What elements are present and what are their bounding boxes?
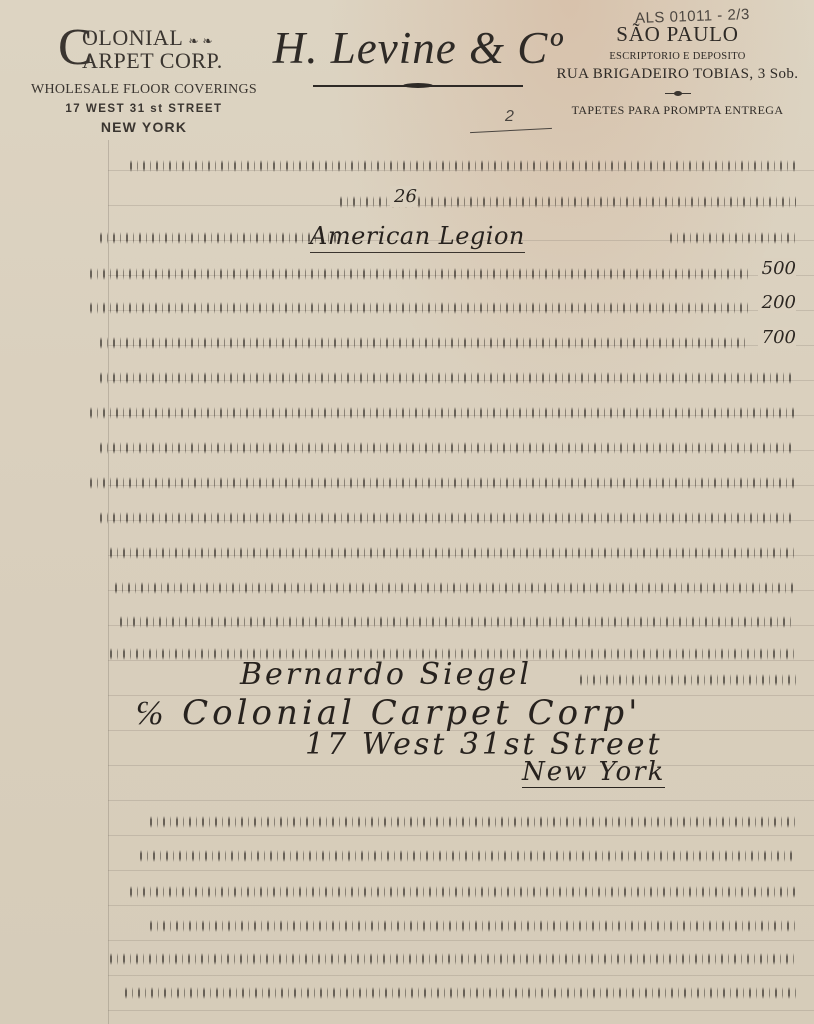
letterhead-right: ALS 01011 - 2/3 SÃO PAULO ESCRIPTORIO E … (545, 22, 810, 118)
handwritten-line (120, 606, 796, 634)
handwritten-line (150, 806, 796, 834)
ruled-line (108, 870, 814, 871)
branch-city: SÃO PAULO (545, 22, 810, 47)
handwritten-line (130, 150, 796, 178)
ruled-line (108, 940, 814, 941)
ruled-line (108, 1010, 814, 1011)
handwritten-line (100, 362, 796, 390)
ruled-line (108, 800, 814, 801)
branch-tagline: TAPETES PARA PROMPTA ENTREGA (545, 103, 810, 118)
ruled-line (108, 835, 814, 836)
handwritten-line: 500 (90, 258, 796, 286)
handwritten-line: 200 (90, 292, 796, 320)
ornament-icon: ❧ ❧ (188, 34, 213, 48)
handwritten-line (90, 467, 796, 495)
recipient-city: New York (522, 757, 665, 788)
handwritten-line (140, 840, 796, 868)
handwritten-line (110, 537, 796, 565)
company-tagline: WHOLESALE FLOOR COVERINGS (14, 82, 274, 98)
ruled-line (108, 975, 814, 976)
handwritten-american-legion: American Legion (310, 222, 525, 253)
recipient-name: Bernardo Siegel (240, 657, 532, 692)
handwritten-line: 700 (100, 327, 796, 355)
handwritten-line (110, 943, 796, 971)
company-city: NEW YORK (14, 119, 274, 135)
handwritten-amount: 700 (758, 327, 796, 348)
branch-subtitle: ESCRIPTORIO E DEPOSITO (545, 51, 810, 62)
handwritten-line (90, 397, 796, 425)
handwritten-line (125, 977, 796, 1005)
handwritten-line (115, 572, 796, 600)
ornament-divider (665, 91, 691, 97)
handwritten-amount: 200 (758, 292, 796, 313)
company-street: 17 WEST 31 st STREET (14, 103, 274, 115)
handwritten-line (580, 664, 796, 692)
handwritten-line: 26 (150, 186, 796, 214)
handwritten-line (100, 432, 796, 460)
letterhead-left: C OLONIAL ❧ ❧ ARPET CORP. WHOLESALE FLOO… (14, 28, 274, 135)
handwritten-number: 26 (390, 186, 417, 207)
brand-name: H. Levine & Cº (268, 24, 568, 72)
letterhead-center: H. Levine & Cº (268, 24, 568, 90)
ruled-line (108, 765, 814, 766)
page-number: 2 (505, 108, 514, 126)
company-line1: OLONIAL (82, 25, 182, 50)
company-name: C OLONIAL ❧ ❧ ARPET CORP. (14, 28, 274, 70)
handwritten-line (150, 910, 796, 938)
company-initial: C (58, 22, 93, 74)
branch-address: RUA BRIGADEIRO TOBIAS, 3 Sob. (545, 66, 810, 83)
handwritten-line (130, 876, 796, 904)
ruled-line (108, 905, 814, 906)
flourish-divider (313, 82, 523, 90)
handwritten-amount: 500 (758, 258, 796, 279)
handwritten-line (100, 502, 796, 530)
